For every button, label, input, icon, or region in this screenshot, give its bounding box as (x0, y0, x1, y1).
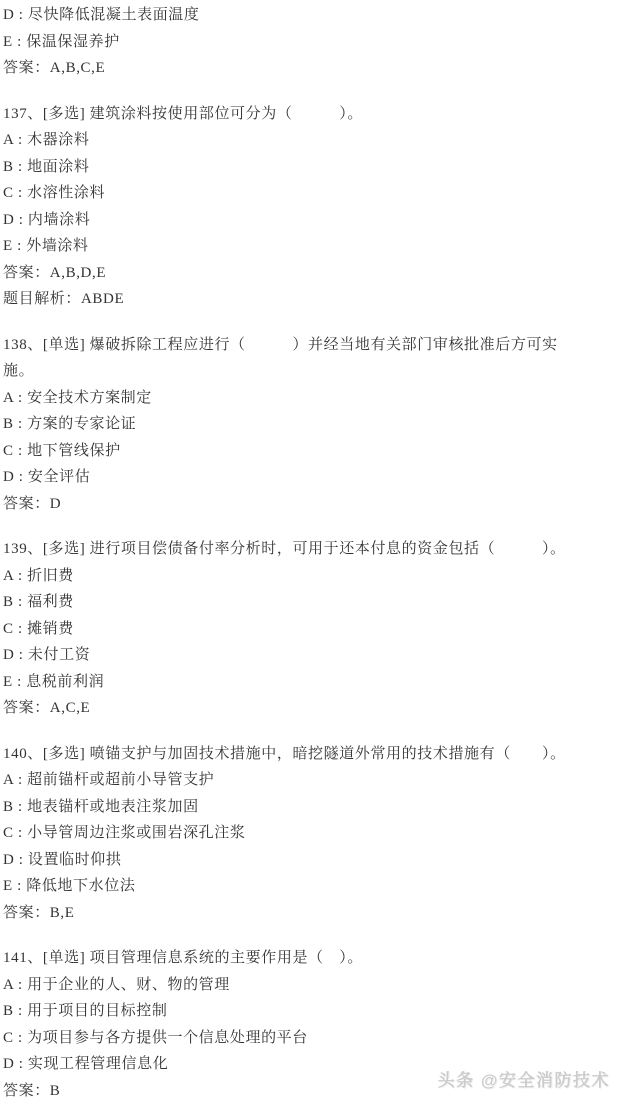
option-line-d: D : 内墙涂料 (3, 207, 615, 234)
answer-line: 答案：A,C,E (3, 695, 615, 722)
answer-line: 答案：A,B,D,E (3, 260, 615, 287)
option-line-b: B : 地表锚杆或地表注浆加固 (3, 794, 615, 821)
option-line-d: D : 尽快降低混凝土表面温度 (3, 2, 615, 29)
question-140: 140、[多选] 喷锚支护与加固技术措施中，暗挖隧道外常用的技术措施有（ ）。 … (3, 741, 615, 927)
question-title: 139、[多选] 进行项目偿债备付率分析时，可用于还本付息的资金包括（ ）。 (3, 536, 615, 563)
option-line-c: C : 地下管线保护 (3, 438, 615, 465)
option-line-c: C : 为项目参与各方提供一个信息处理的平台 (3, 1025, 615, 1052)
option-line-e: E : 保温保湿养护 (3, 29, 615, 56)
option-line-a: A : 用于企业的人、财、物的管理 (3, 972, 615, 999)
question-title: 141、[单选] 项目管理信息系统的主要作用是（ ）。 (3, 945, 615, 972)
option-line-a: A : 超前锚杆或超前小导管支护 (3, 767, 615, 794)
option-line-c: C : 小导管周边注浆或围岩深孔注浆 (3, 820, 615, 847)
option-line-d: D : 设置临时仰拱 (3, 847, 615, 874)
option-line-a: A : 折旧费 (3, 563, 615, 590)
analysis-line: 题目解析：ABDE (3, 286, 615, 313)
answer-line: 答案：B,E (3, 900, 615, 927)
answer-line: 答案：D (3, 491, 615, 518)
option-line-a: A : 安全技术方案制定 (3, 385, 615, 412)
question-137: 137、[多选] 建筑涂料按使用部位可分为（ ）。 A : 木器涂料 B : 地… (3, 101, 615, 313)
option-line-e: E : 降低地下水位法 (3, 873, 615, 900)
option-line-b: B : 福利费 (3, 589, 615, 616)
option-line-a: A : 木器涂料 (3, 127, 615, 154)
question-title: 138、[单选] 爆破拆除工程应进行（ ）并经当地有关部门审核批准后方可实 施。 (3, 332, 615, 385)
option-line-b: B : 用于项目的目标控制 (3, 998, 615, 1025)
option-line-b: B : 地面涂料 (3, 154, 615, 181)
question-139: 139、[多选] 进行项目偿债备付率分析时，可用于还本付息的资金包括（ ）。 A… (3, 536, 615, 722)
option-line-e: E : 外墙涂料 (3, 233, 615, 260)
option-line-b: B : 方案的专家论证 (3, 411, 615, 438)
option-line-d: D : 安全评估 (3, 464, 615, 491)
option-line-d: D : 未付工资 (3, 642, 615, 669)
option-line-c: C : 摊销费 (3, 616, 615, 643)
exam-document: D : 尽快降低混凝土表面温度 E : 保温保湿养护 答案：A,B,C,E 13… (3, 2, 615, 1104)
question-title: 140、[多选] 喷锚支护与加固技术措施中，暗挖隧道外常用的技术措施有（ ）。 (3, 741, 615, 768)
toutiao-watermark: 头条 @安全消防技术 (438, 1066, 610, 1091)
answer-line: 答案：A,B,C,E (3, 55, 615, 82)
question-title: 137、[多选] 建筑涂料按使用部位可分为（ ）。 (3, 101, 615, 128)
carryover-question-block: D : 尽快降低混凝土表面温度 E : 保温保湿养护 答案：A,B,C,E (3, 2, 615, 82)
option-line-e: E : 息税前利润 (3, 669, 615, 696)
question-138: 138、[单选] 爆破拆除工程应进行（ ）并经当地有关部门审核批准后方可实 施。… (3, 332, 615, 518)
option-line-c: C : 水溶性涂料 (3, 180, 615, 207)
